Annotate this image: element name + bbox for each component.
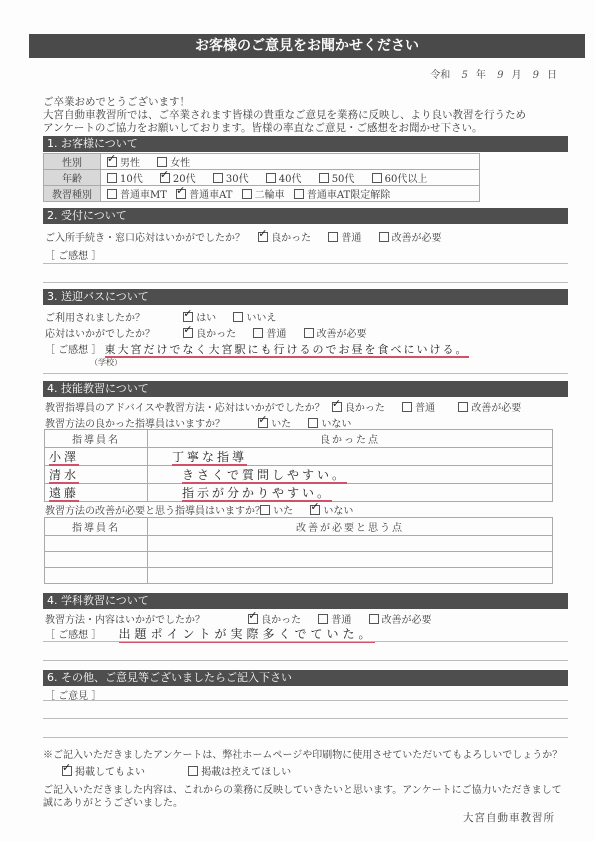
table-row: 小澤 丁寧な指導 <box>45 448 553 466</box>
option-label: 普通車AT <box>189 190 232 201</box>
good-point-cell[interactable]: 丁寧な指導 <box>148 448 553 466</box>
option-at-limit-removal[interactable]: 普通車AT限定解除 <box>294 186 390 201</box>
comment-annotation: （学校） <box>90 357 122 368</box>
bus-used-row: ご利用されましたか？ はい いいえ <box>45 309 290 324</box>
option-20s[interactable]: 20代 <box>160 170 196 185</box>
row-label: 年齢 <box>44 170 101 186</box>
option-motorcycle[interactable]: 二輪車 <box>242 186 285 201</box>
option-40s[interactable]: 40代 <box>266 170 302 185</box>
date-day-unit: 日 <box>547 70 557 81</box>
checkbox-icon[interactable] <box>266 173 276 183</box>
option-label: 普通車MT <box>120 190 167 201</box>
checkbox-icon[interactable] <box>62 766 72 776</box>
instructor-name-cell[interactable]: 小澤 <box>45 448 148 466</box>
comment-line[interactable] <box>43 700 568 701</box>
option-good[interactable]: 良かった <box>248 611 301 626</box>
option-label: 改善が必要 <box>317 329 367 340</box>
intro-line: 大宮自動車教習所では、ご卒業されます皆様の貴重なご意見を業務に反映し、より良い教… <box>43 109 583 122</box>
checkbox-icon[interactable] <box>183 328 193 338</box>
instructor-rating-row: 教習指導員のアドバイスや教習方法・応対はいかがでしたか？ 良かった 普通 改善が… <box>45 399 535 414</box>
question-text: 教習指導員のアドバイスや教習方法・応対はいかがでしたか？ <box>45 403 325 414</box>
option-10s[interactable]: 10代 <box>107 170 143 185</box>
customer-profile-table: 性別 男性 女性 年齢 10代 20代 30代 40代 50代 60代以上 教習… <box>43 153 480 202</box>
date-year-unit: 年 <box>476 70 486 81</box>
column-header: 指導員名 <box>45 430 148 448</box>
row-label: 教習種別 <box>44 186 101 202</box>
option-label: 普通 <box>341 233 361 244</box>
improve-point-cell[interactable] <box>148 568 553 584</box>
good-instructor-table: 指導員名 良かった点 小澤 丁寧な指導 清水 きさくで質問しやすい。 遠藤 指示… <box>44 429 553 502</box>
section-1-header: 1. お客様について <box>43 136 568 152</box>
checkbox-icon[interactable] <box>213 173 223 183</box>
option-label: 10代 <box>120 174 143 185</box>
checkbox-icon[interactable] <box>258 232 268 242</box>
option-decline-publish[interactable]: 掲載は控えてほしい <box>188 763 291 778</box>
classroom-question-row: 教習方法・内容はいかがでしたか？ 良かった 普通 改善が必要 <box>45 611 446 626</box>
checkbox-icon[interactable] <box>260 505 270 515</box>
checkbox-icon[interactable] <box>369 614 379 624</box>
school-name: 大宮自動車教習所 <box>463 810 555 825</box>
checkbox-icon[interactable] <box>319 173 329 183</box>
date-era: 令和 <box>430 70 450 81</box>
section-classroom-header: 4. 学科教習について <box>43 593 568 609</box>
table-header: 指導員名 良かった点 <box>45 430 553 448</box>
section-3-header: 3. 送迎バスについて <box>43 289 568 305</box>
option-allow-publish[interactable]: 掲載してもよい <box>62 763 145 778</box>
option-normal[interactable]: 普通 <box>318 611 351 626</box>
gender-options: 男性 女性 <box>101 154 480 170</box>
option-label: 改善が必要 <box>382 615 432 626</box>
table-row <box>45 536 553 552</box>
comment-label: ［ ご感想 ］ <box>45 630 101 641</box>
table-header: 指導員名 改善が必要と思う点 <box>45 518 553 536</box>
section-6-header: 6. その他、ご意見等ございましたらご記入下さい <box>43 670 568 686</box>
question-text: ご入所手続き・窓口応対はいかがでしたか？ <box>45 233 245 244</box>
checkbox-icon[interactable] <box>253 328 263 338</box>
option-30s[interactable]: 30代 <box>213 170 249 185</box>
good-point-cell[interactable]: きさくで質問しやすい。 <box>148 466 553 484</box>
option-mt[interactable]: 普通車MT <box>107 186 167 201</box>
comment-line[interactable] <box>43 641 568 642</box>
checkbox-icon[interactable] <box>294 189 304 199</box>
checkbox-icon[interactable] <box>176 189 186 199</box>
option-yes[interactable]: いた <box>260 502 293 517</box>
section-4-header: 4. 技能教習について <box>43 381 568 397</box>
instructor-name: 清水 <box>49 468 79 484</box>
checkbox-icon[interactable] <box>328 232 338 242</box>
checkbox-icon[interactable] <box>183 312 193 322</box>
option-label: いない <box>323 506 353 517</box>
checkbox-icon[interactable] <box>458 402 468 412</box>
option-male[interactable]: 男性 <box>107 154 140 169</box>
intro-line: ご卒業おめでとうございます！ <box>43 96 583 109</box>
improve-point-cell[interactable] <box>148 536 553 552</box>
section-2-header: 2. 受付について <box>43 208 568 224</box>
checkbox-icon[interactable] <box>310 505 320 515</box>
bus-service-row: 応対はいかがでしたか？ 良かった 普通 改善が必要 <box>45 325 381 340</box>
option-label: 60代以上 <box>385 174 428 185</box>
instructor-name: 遠藤 <box>49 486 79 502</box>
option-yes[interactable]: はい <box>183 309 216 324</box>
option-60s-plus[interactable]: 60代以上 <box>372 170 428 185</box>
option-needs-improvement[interactable]: 改善が必要 <box>458 399 521 414</box>
instructor-name-cell[interactable]: 清水 <box>45 466 148 484</box>
option-50s[interactable]: 50代 <box>319 170 355 185</box>
option-at[interactable]: 普通車AT <box>176 186 232 201</box>
date-month-unit: 月 <box>511 70 521 81</box>
option-good[interactable]: 良かった <box>332 399 385 414</box>
instructor-name-cell[interactable] <box>45 552 148 568</box>
option-good[interactable]: 良かった <box>258 229 311 244</box>
option-female[interactable]: 女性 <box>157 154 190 169</box>
table-row: 遠藤 指示が分かりやすい。 <box>45 484 553 502</box>
option-label: 改善が必要 <box>392 233 442 244</box>
option-label: 男性 <box>120 158 140 169</box>
option-label: 良かった <box>345 403 385 414</box>
question-text: 教習方法の良かった指導員はいますか？ <box>45 415 255 430</box>
option-label: はい <box>196 313 216 324</box>
good-point-cell[interactable]: 指示が分かりやすい。 <box>148 484 553 502</box>
good-instructor-row: 教習方法の良かった指導員はいますか？ いた いない <box>45 415 365 430</box>
checkbox-icon[interactable] <box>402 402 412 412</box>
course-type-row: 教習種別 普通車MT 普通車AT 二輪車 普通車AT限定解除 <box>44 186 480 202</box>
intro-text: ご卒業おめでとうございます！ 大宮自動車教習所では、ご卒業されます皆様の貴重なご… <box>43 96 583 135</box>
instructor-name-cell[interactable]: 遠藤 <box>45 484 148 502</box>
form-title: お客様のご意見をお聞かせください <box>29 34 585 58</box>
age-options: 10代 20代 30代 40代 50代 60代以上 <box>101 170 480 186</box>
classroom-comment-row: ［ ご感想 ］ 出題ポイントが実際多くでていた。 <box>45 625 375 642</box>
option-needs-improvement[interactable]: 改善が必要 <box>379 229 442 244</box>
checkbox-icon[interactable] <box>379 232 389 242</box>
consent-options: 掲載してもよい 掲載は控えてほしい <box>62 763 305 778</box>
option-label: 女性 <box>170 158 190 169</box>
checkbox-icon[interactable] <box>372 173 382 183</box>
column-header: 指導員名 <box>45 518 148 536</box>
option-normal[interactable]: 普通 <box>328 229 361 244</box>
option-no[interactable]: いない <box>310 502 353 517</box>
checkbox-icon[interactable] <box>332 402 342 412</box>
question-text: ご利用されましたか？ <box>45 309 180 324</box>
age-row: 年齢 10代 20代 30代 40代 50代 60代以上 <box>44 170 480 186</box>
bus-comment-row: ［ ご感想 ］ 東大宮だけでなく大宮駅にも行けるのでお昼を食べにいける。 <box>45 341 469 357</box>
option-label: 良かった <box>196 329 236 340</box>
handwritten-comment[interactable]: 東大宮だけでなく大宮駅にも行けるのでお昼を食べにいける。 <box>105 343 469 358</box>
column-header: 良かった点 <box>148 430 553 448</box>
instructor-name-cell[interactable] <box>45 536 148 552</box>
checkbox-icon[interactable] <box>308 418 318 428</box>
checkbox-icon[interactable] <box>248 614 258 624</box>
table-row: 清水 きさくで質問しやすい。 <box>45 466 553 484</box>
improve-point-cell[interactable] <box>148 552 553 568</box>
option-normal[interactable]: 普通 <box>402 399 435 414</box>
option-label: 掲載は控えてほしい <box>201 767 291 778</box>
date-month[interactable]: 9 <box>497 70 503 81</box>
checkbox-icon[interactable] <box>107 173 117 183</box>
comment-line[interactable] <box>43 373 568 374</box>
option-label: 30代 <box>226 174 249 185</box>
option-label: 掲載してもよい <box>75 767 145 778</box>
closing-line: ご記入いただきました内容は、これからの業務に反映していきたいと思います。アンケー… <box>43 784 562 797</box>
row-label: 性別 <box>44 154 101 170</box>
comment-label: ［ ご感想 ］ <box>45 345 101 356</box>
option-yes[interactable]: いた <box>258 415 291 430</box>
comment-line[interactable] <box>43 718 568 719</box>
date-day[interactable]: 9 <box>533 70 539 81</box>
closing-line: 誠にありがとうございました。 <box>43 797 562 810</box>
checkbox-icon[interactable] <box>160 173 170 183</box>
checkbox-icon[interactable] <box>304 328 314 338</box>
comment-label: ［ ご感想 ］ <box>45 247 101 262</box>
option-label: 改善が必要 <box>471 403 521 414</box>
checkbox-icon[interactable] <box>157 157 167 167</box>
option-label: 良かった <box>271 233 311 244</box>
option-label: 50代 <box>332 174 355 185</box>
checkbox-icon[interactable] <box>107 157 117 167</box>
option-no[interactable]: いない <box>308 415 351 430</box>
table-row <box>45 552 553 568</box>
column-header: 改善が必要と思う点 <box>148 518 553 536</box>
reception-question-row: ご入所手続き・窓口応対はいかがでしたか？ 良かった 普通 改善が必要 <box>45 229 456 244</box>
comment-line[interactable] <box>43 737 568 738</box>
course-options: 普通車MT 普通車AT 二輪車 普通車AT限定解除 <box>101 186 480 202</box>
option-label: 普通 <box>415 403 435 414</box>
option-needs-improvement[interactable]: 改善が必要 <box>369 611 432 626</box>
option-good[interactable]: 良かった <box>183 325 236 340</box>
option-normal[interactable]: 普通 <box>253 325 286 340</box>
consent-question: ※ご記入いただきましたアンケートは、弊社ホームページや印刷物に使用させていただい… <box>43 749 562 762</box>
option-label: いいえ <box>246 313 276 324</box>
date-field: 令和 5年 9月 9日 <box>430 66 557 81</box>
date-year[interactable]: 5 <box>462 70 468 81</box>
option-label: 普通 <box>266 329 286 340</box>
improve-instructor-row: 教習方法の改善が必要と思う指導員はいますか？ いた いない <box>45 502 367 517</box>
comment-line[interactable] <box>43 282 568 283</box>
good-point: 丁寧な指導 <box>172 450 247 466</box>
question-text: 教習方法の改善が必要と思う指導員はいますか？ <box>45 502 257 517</box>
option-label: いた <box>273 506 293 517</box>
gender-row: 性別 男性 女性 <box>44 154 480 170</box>
question-text: 教習方法・内容はいかがでしたか？ <box>45 611 245 626</box>
checkbox-icon[interactable] <box>258 418 268 428</box>
instructor-name-cell[interactable] <box>45 568 148 584</box>
closing-text: ご記入いただきました内容は、これからの業務に反映していきたいと思います。アンケー… <box>43 784 562 810</box>
comment-line[interactable] <box>43 263 568 264</box>
option-needs-improvement[interactable]: 改善が必要 <box>304 325 367 340</box>
table-row <box>45 568 553 584</box>
checkbox-icon[interactable] <box>233 312 243 322</box>
option-label: 普通車AT限定解除 <box>307 190 390 201</box>
good-point: きさくで質問しやすい。 <box>182 468 347 484</box>
improve-instructor-table: 指導員名 改善が必要と思う点 <box>44 517 553 584</box>
option-no[interactable]: いいえ <box>233 309 276 324</box>
option-label: 二輪車 <box>255 190 285 201</box>
checkbox-icon[interactable] <box>188 766 198 776</box>
checkbox-icon[interactable] <box>242 189 252 199</box>
question-text: 応対はいかがでしたか？ <box>45 325 180 340</box>
checkbox-icon[interactable] <box>107 189 117 199</box>
option-label: 40代 <box>279 174 302 185</box>
instructor-name: 小澤 <box>49 450 79 466</box>
checkbox-icon[interactable] <box>318 614 328 624</box>
intro-line: アンケートのご協力をお願いしております。皆様の率直なご意見・ご感想をお聞かせ下さ… <box>43 122 583 135</box>
comment-line[interactable] <box>43 660 568 661</box>
